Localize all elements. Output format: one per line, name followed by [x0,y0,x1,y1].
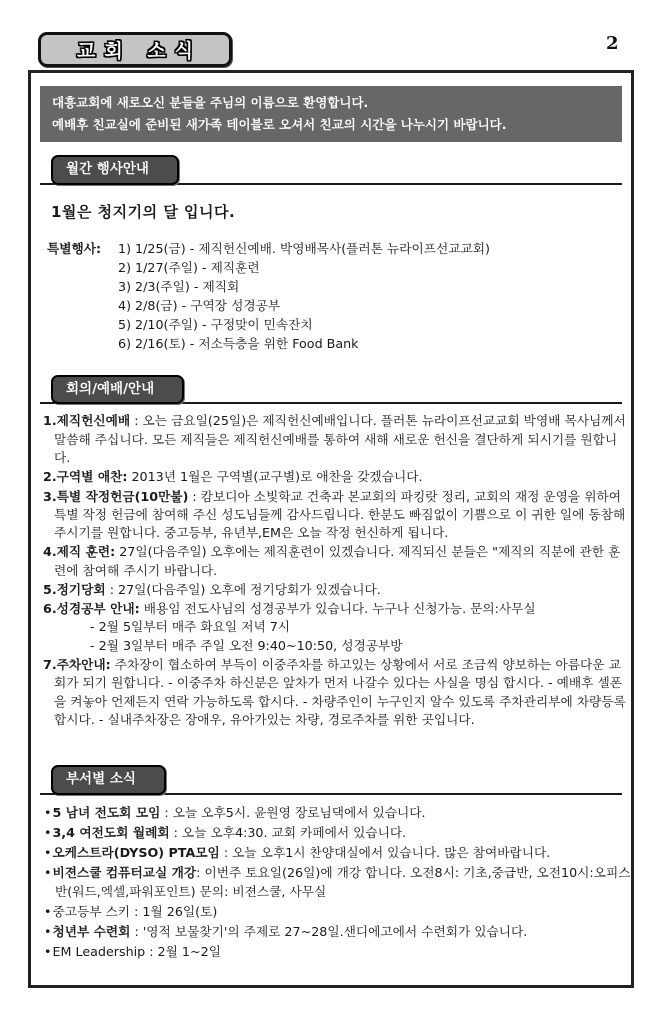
department-item-label: 중고등부 스키 [52,904,130,919]
meeting-item: 7.주차안내: 주차장이 협소하여 부득이 이중주차를 하고있는 상황에서 서로… [43,656,631,729]
event-item: 4) 2/8(금) - 구역장 성경공부 [118,296,490,315]
department-item-label: 3,4 여전도회 월례회 [52,825,169,840]
special-events-list: 1) 1/25(금) - 제직헌신예배. 박영배목사(플러톤 뉴라이프선교교회)… [118,239,490,353]
meeting-item: 4.제직 훈련: 27일(다음주일) 오후에는 제직훈련이 있겠습니다. 제직되… [43,543,631,580]
meetings-list: 1.제직헌신예배 : 오는 금요일(25일)은 제직헌신예배입니다. 플러톤 뉴… [43,412,631,729]
meeting-item-text: : 27일(다음주일) 오후에 정기당회가 있겠습니다. [106,582,381,597]
section-header-meetings: 회의/예배/안내 [51,375,184,405]
department-item: •3,4 여전도회 월례회 : 오늘 오후4:30. 교회 카페에서 있습니다. [44,823,632,842]
meeting-item: 1.제직헌신예배 : 오는 금요일(25일)은 제직헌신예배입니다. 플러톤 뉴… [43,412,631,467]
meeting-item-label: 3.특별 작정헌금(10만불) [43,489,188,504]
page-title-box: 교회 소식 [38,32,232,67]
welcome-banner: 대흥교회에 새로오신 분들을 주님의 이름으로 환영합니다. 예배후 친교실에 … [40,86,622,142]
department-item-label: 비젼스쿨 컴퓨터교실 개강 [52,865,196,880]
section-departments-headwrap: 부서별 소식 [40,763,622,795]
event-item: 2) 1/27(주일) - 제직훈련 [118,258,490,277]
section-departments: 부서별 소식 •5 남녀 전도회 모임 : 오늘 오후5시. 윤원영 장로님댁에… [40,763,622,961]
meeting-item-label: 1.제직헌신예배 [43,413,130,428]
meeting-item-label: 4.제직 훈련: [43,544,115,559]
bullet-icon: • [44,825,51,840]
special-events-label: 특별행사: [47,239,118,353]
meeting-item: 5.정기당회 : 27일(다음주일) 오후에 정기당회가 있겠습니다. [43,581,631,599]
department-item-label: 오케스트라(DYSO) PTA모임 [52,845,219,860]
department-item-text: : 오늘 오후4:30. 교회 카페에서 있습니다. [170,825,407,840]
month-theme-title: 1월은 청지기의 달 입니다. [51,201,622,222]
meeting-item-label: 2.구역별 애찬: [43,469,127,484]
welcome-line-1: 대흥교회에 새로오신 분들을 주님의 이름으로 환영합니다. [52,92,610,114]
department-item: •청년부 수련회 : '영적 보물찾기'의 주제로 27~28일.샌디에고에서 … [44,922,632,941]
meeting-item: 6.성경공부 안내: 배용임 전도사님의 성경공부가 있습니다. 누구나 신청가… [43,600,631,655]
department-item-text: : 오늘 오후5시. 윤원영 장로님댁에서 있습니다. [160,805,425,820]
meeting-item-label: 6.성경공부 안내: [43,601,140,616]
event-item: 1) 1/25(금) - 제직헌신예배. 박영배목사(플러톤 뉴라이프선교교회) [118,239,490,258]
section-header-monthly: 월간 행사안내 [51,155,179,185]
department-item: •오케스트라(DYSO) PTA모임 : 오늘 오후1시 찬양대실에서 있습니다… [44,843,632,862]
meeting-item: 3.특별 작정헌금(10만불) : 캄보디아 소빛학교 건축과 본교회의 파킹랏… [43,488,631,543]
event-item: 3) 2/3(주일) - 제직회 [118,277,490,296]
bullet-icon: • [44,805,51,820]
page-title: 교회 소식 [68,36,202,63]
newsletter-body: 대흥교회에 새로오신 분들을 주님의 이름으로 환영합니다. 예배후 친교실에 … [28,70,634,988]
meeting-item-label: 7.주차안내: [43,657,111,672]
meeting-item-text: : 오는 금요일(25일)은 제직헌신예배입니다. 플러톤 뉴라이프선교교회 박… [54,413,626,465]
department-item-text: : 오늘 오후1시 찬양대실에서 있습니다. 많은 참여바랍니다. [220,845,551,860]
welcome-line-2: 예배후 친교실에 준비된 새가족 테이블로 오셔서 친교의 시간을 나누시기 바… [52,114,610,136]
department-item-label: EM Leadership [52,944,145,959]
meeting-item-label: 5.정기당회 [43,582,106,597]
section-meetings: 회의/예배/안내 [40,373,622,405]
bullet-icon: • [44,904,51,919]
department-item: •중고등부 스키 : 1월 26일(토) [44,902,632,921]
department-item: •비젼스쿨 컴퓨터교실 개강: 이번주 토요일(26일)에 개강 합니다. 오전… [44,863,632,901]
bullet-icon: • [44,845,51,860]
department-item: •EM Leadership : 2월 1~2일 [44,942,632,961]
special-events-block: 특별행사: 1) 1/25(금) - 제직헌신예배. 박영배목사(플러톤 뉴라이… [47,239,622,353]
bullet-icon: • [44,944,51,959]
department-item-text: : 1월 26일(토) [130,904,217,919]
department-item-label: 청년부 수련회 [52,924,130,939]
section-header-departments: 부서별 소식 [51,765,166,795]
bullet-icon: • [44,865,51,880]
bible-study-schedule-line: - 2월 3일부터 매주 주일 오전 9:40~10:50, 성경공부방 [54,637,631,655]
meeting-item-text: 27일(다음주일) 오후에는 제직훈련이 있겠습니다. 제직되신 분들은 "제직… [54,544,620,577]
department-item-text: : 2월 1~2일 [145,944,221,959]
bible-study-schedule-line: - 2월 5일부터 매주 화요일 저녁 7시 [54,618,631,636]
page-number: 2 [606,33,619,54]
event-item: 5) 2/10(주일) - 구정맞이 민속잔치 [118,315,490,334]
meeting-item-text: 주차장이 협소하여 부득이 이중주차를 하고있는 상황에서 서로 조금씩 양보하… [54,657,626,727]
meeting-item-text: 배용임 전도사님의 성경공부가 있습니다. 누구나 신청가능. 문의:사무실 [140,601,536,616]
meeting-item: 2.구역별 애찬: 2013년 1월은 구역별(교구별)로 애찬을 갖겠습니다. [43,468,631,486]
department-item-label: 5 남녀 전도회 모임 [52,805,160,820]
department-item-text: : '영적 보물찾기'의 주제로 27~28일.샌디에고에서 수련회가 있습니다… [130,924,527,939]
meeting-item-text: 2013년 1월은 구역별(교구별)로 애찬을 갖겠습니다. [127,469,422,484]
section-monthly-events: 월간 행사안내 [40,153,622,185]
event-item: 6) 2/16(토) - 저소득층을 위한 Food Bank [118,334,490,353]
bullet-icon: • [44,924,51,939]
departments-list: •5 남녀 전도회 모임 : 오늘 오후5시. 윤원영 장로님댁에서 있습니다.… [44,803,632,961]
department-item: •5 남녀 전도회 모임 : 오늘 오후5시. 윤원영 장로님댁에서 있습니다. [44,803,632,822]
